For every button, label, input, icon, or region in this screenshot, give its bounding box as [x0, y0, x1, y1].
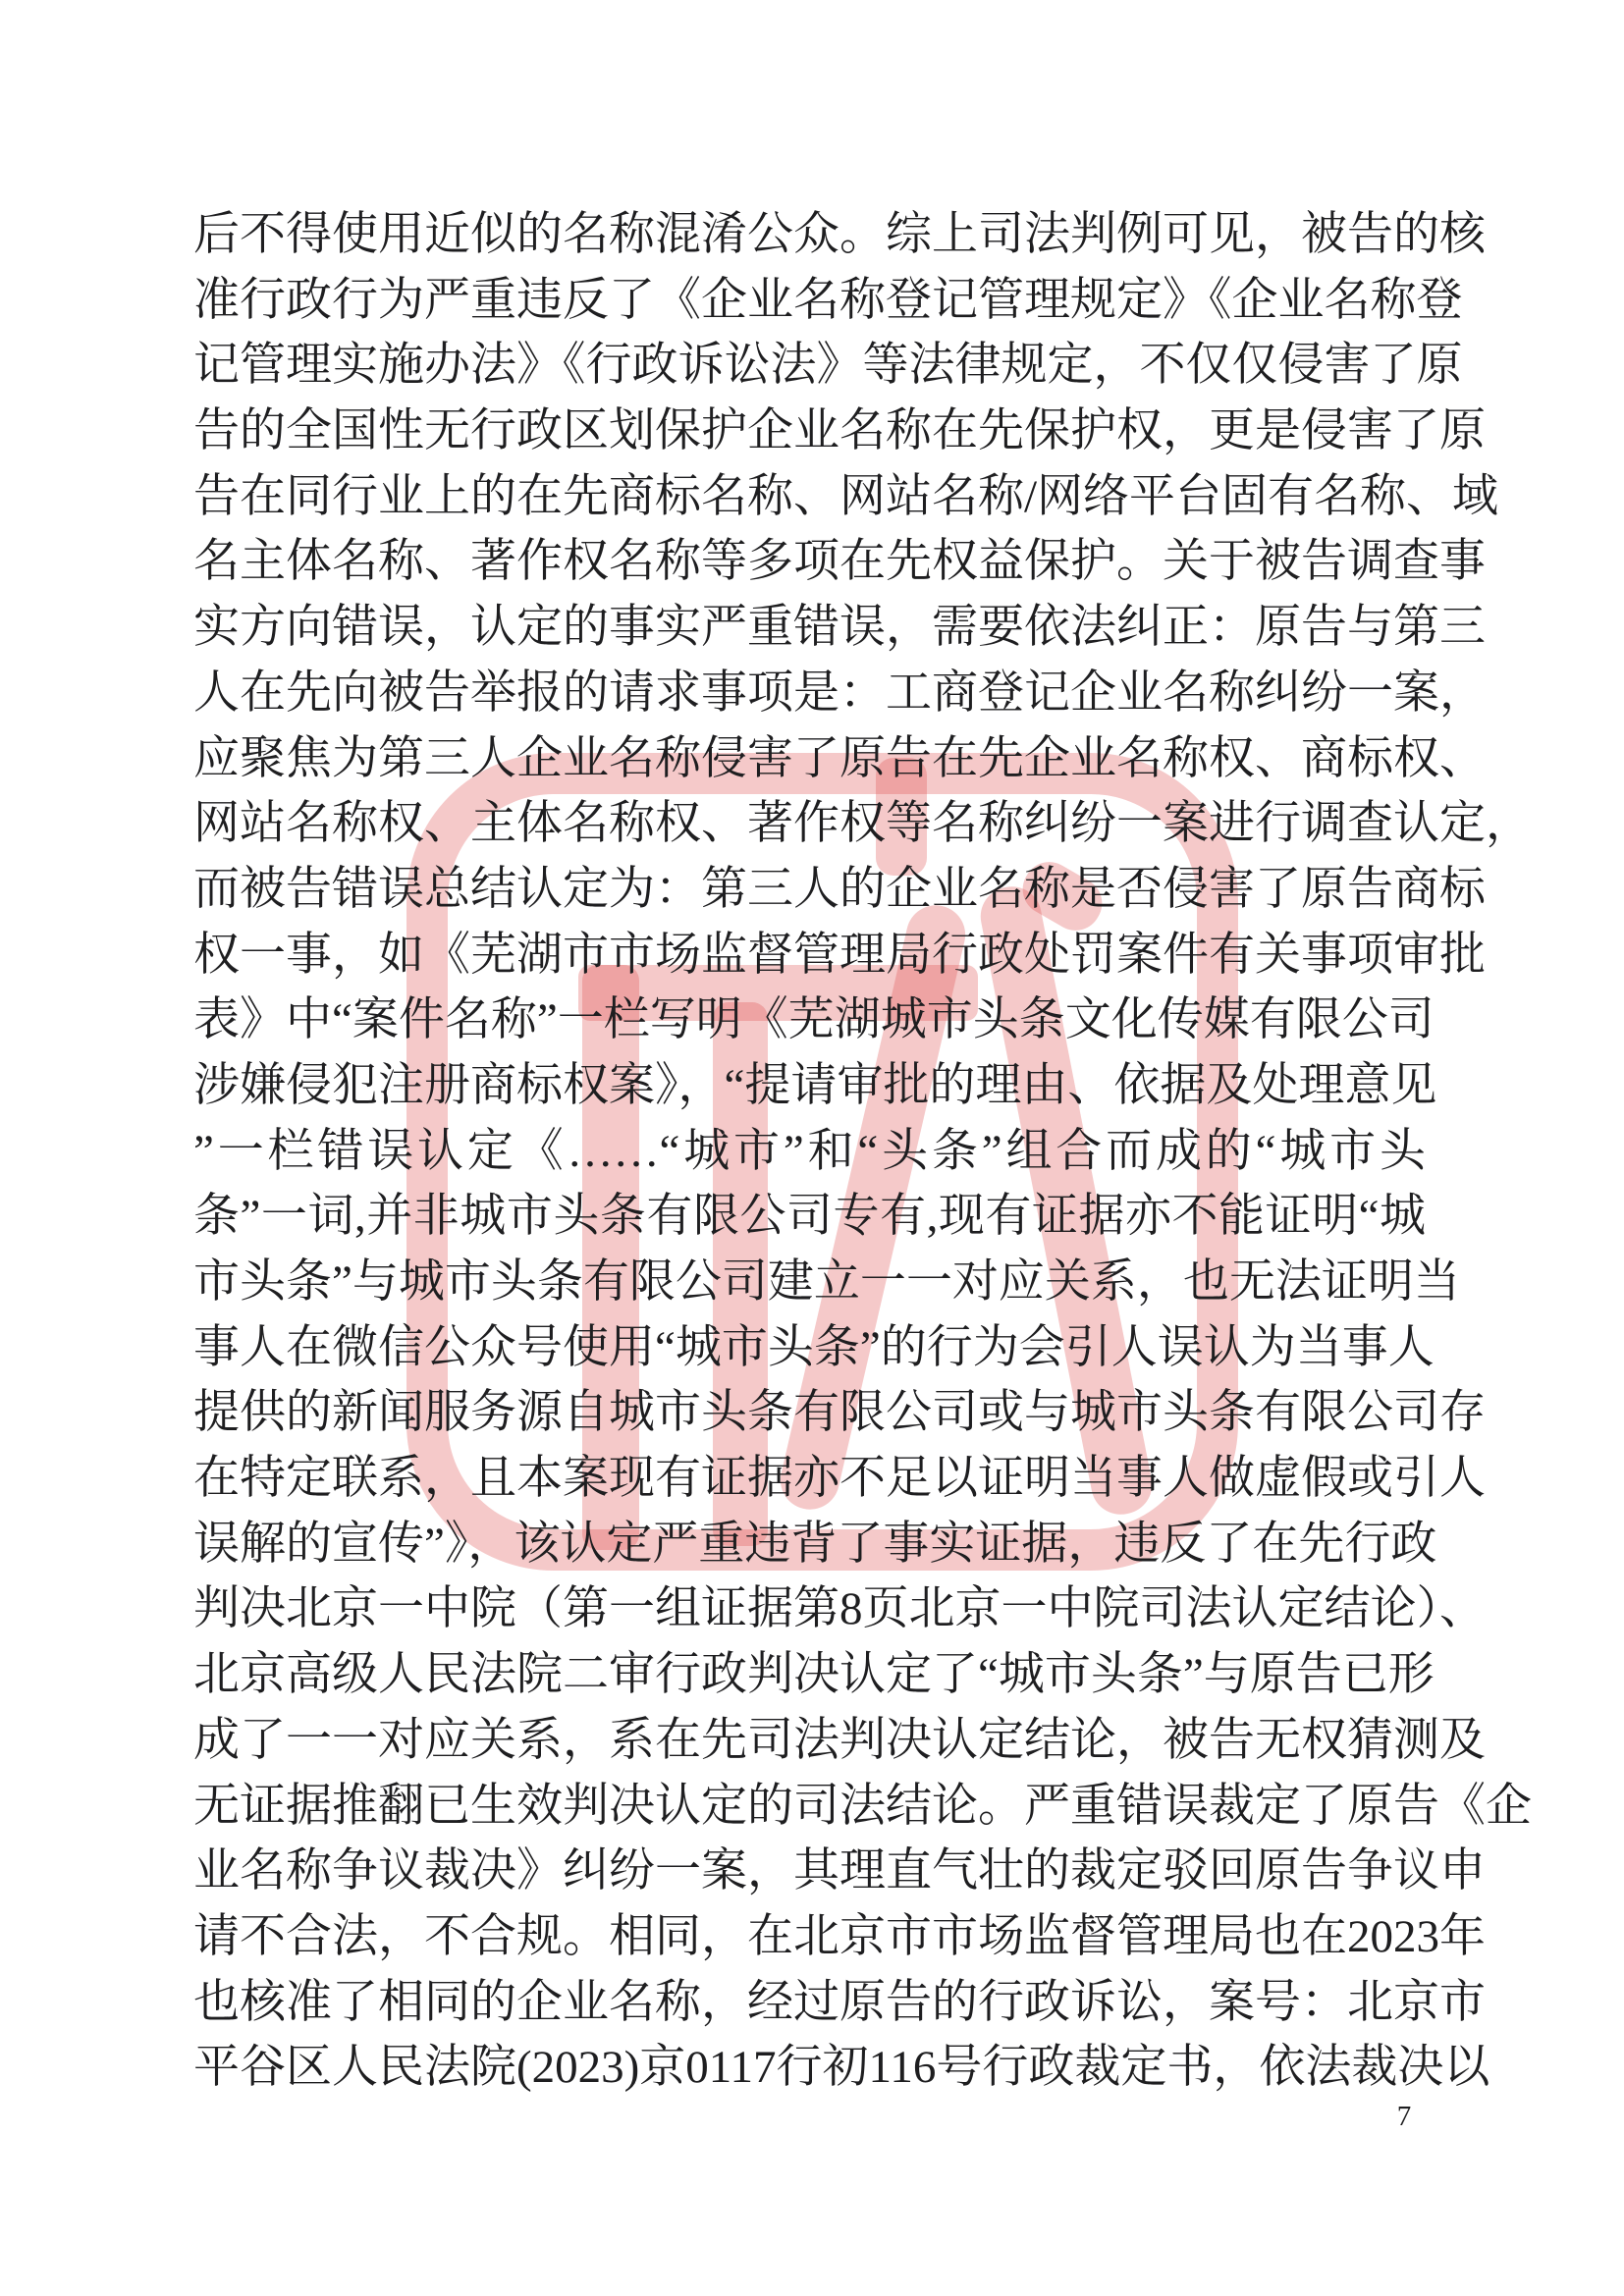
text-line: 在特定联系，且本案现有证据亦不足以证明当事人做虚假或引人 — [193, 1446, 1426, 1512]
text-line: 而被告错误总结认定为：第三人的企业名称是否侵害了原告商标 — [193, 857, 1426, 923]
text-line: 记管理实施办法》《行政诉讼法》等法律规定，不仅仅侵害了原 — [193, 333, 1426, 399]
text-line: 后不得使用近似的名称混淆公众。综上司法判例可见，被告的核 — [193, 202, 1426, 268]
text-line: 业名称争议裁决》纠纷一案，其理直气壮的裁定驳回原告争议申 — [193, 1839, 1426, 1904]
text-line: 成了一一对应关系，系在先司法判决认定结论，被告无权猜测及 — [193, 1708, 1426, 1774]
page-number: 7 — [1375, 2101, 1434, 2133]
text-line: 误解的宣传”》，该认定严重违背了事实证据，违反了在先行政 — [193, 1512, 1426, 1577]
text-line: 事人在微信公众号使用“城市头条”的行为会引人误认为当事人 — [193, 1315, 1426, 1381]
text-line: 条”一词,并非城市头条有限公司专有,现有证据亦不能证明“城 — [193, 1184, 1426, 1250]
text-line: 市头条”与城市头条有限公司建立一一对应关系，也无法证明当 — [193, 1250, 1426, 1315]
text-line: 人在先向被告举报的请求事项是：工商登记企业名称纠纷一案， — [193, 661, 1426, 726]
text-line: 也核准了相同的企业名称，经过原告的行政诉讼，案号：北京市 — [193, 1970, 1426, 2036]
text-line: 实方向错误，认定的事实严重错误，需要依法纠正：原告与第三 — [193, 595, 1426, 661]
text-line: 平谷区人民法院(2023)京0117行初116号行政裁定书，依法裁决以 — [193, 2035, 1426, 2101]
text-line: 表》中“案件名称”一栏写明《芜湖城市头条文化传媒有限公司 — [193, 988, 1426, 1053]
document-body: 后不得使用近似的名称混淆公众。综上司法判例可见，被告的核 准行政行为严重违反了《… — [193, 202, 1426, 2101]
text-line: 准行政行为严重违反了《企业名称登记管理规定》《企业名称登 — [193, 268, 1426, 334]
text-line: 涉嫌侵犯注册商标权案》，“提请审批的理由、依据及处理意见 — [193, 1053, 1426, 1119]
document-page: 后不得使用近似的名称混淆公众。综上司法判例可见，被告的核 准行政行为严重违反了《… — [0, 0, 1624, 2296]
text-line: ”一栏错误认定《……“城市”和“头条”组合而成的“城市头 — [193, 1119, 1426, 1185]
text-line: 北京高级人民法院二审行政判决认定了“城市头条”与原告已形 — [193, 1642, 1426, 1708]
text-line: 网站名称权、主体名称权、著作权等名称纠纷一案进行调查认定， — [193, 791, 1426, 857]
text-line: 告的全国性无行政区划保护企业名称在先保护权，更是侵害了原 — [193, 399, 1426, 464]
text-line: 名主体名称、著作权名称等多项在先权益保护。关于被告调查事 — [193, 529, 1426, 595]
text-line: 无证据推翻已生效判决认定的司法结论。严重错误裁定了原告《企 — [193, 1774, 1426, 1840]
text-line: 提供的新闻服务源自城市头条有限公司或与城市头条有限公司存 — [193, 1380, 1426, 1446]
text-line: 请不合法，不合规。相同，在北京市市场监督管理局也在2023年 — [193, 1904, 1426, 1970]
text-line: 判决北京一中院（第一组证据第8页北京一中院司法认定结论）、 — [193, 1576, 1426, 1642]
text-line: 告在同行业上的在先商标名称、网站名称/网络平台固有名称、域 — [193, 464, 1426, 530]
text-line: 应聚焦为第三人企业名称侵害了原告在先企业名称权、商标权、 — [193, 726, 1426, 792]
text-line: 权一事，如《芜湖市市场监督管理局行政处罚案件有关事项审批 — [193, 923, 1426, 988]
